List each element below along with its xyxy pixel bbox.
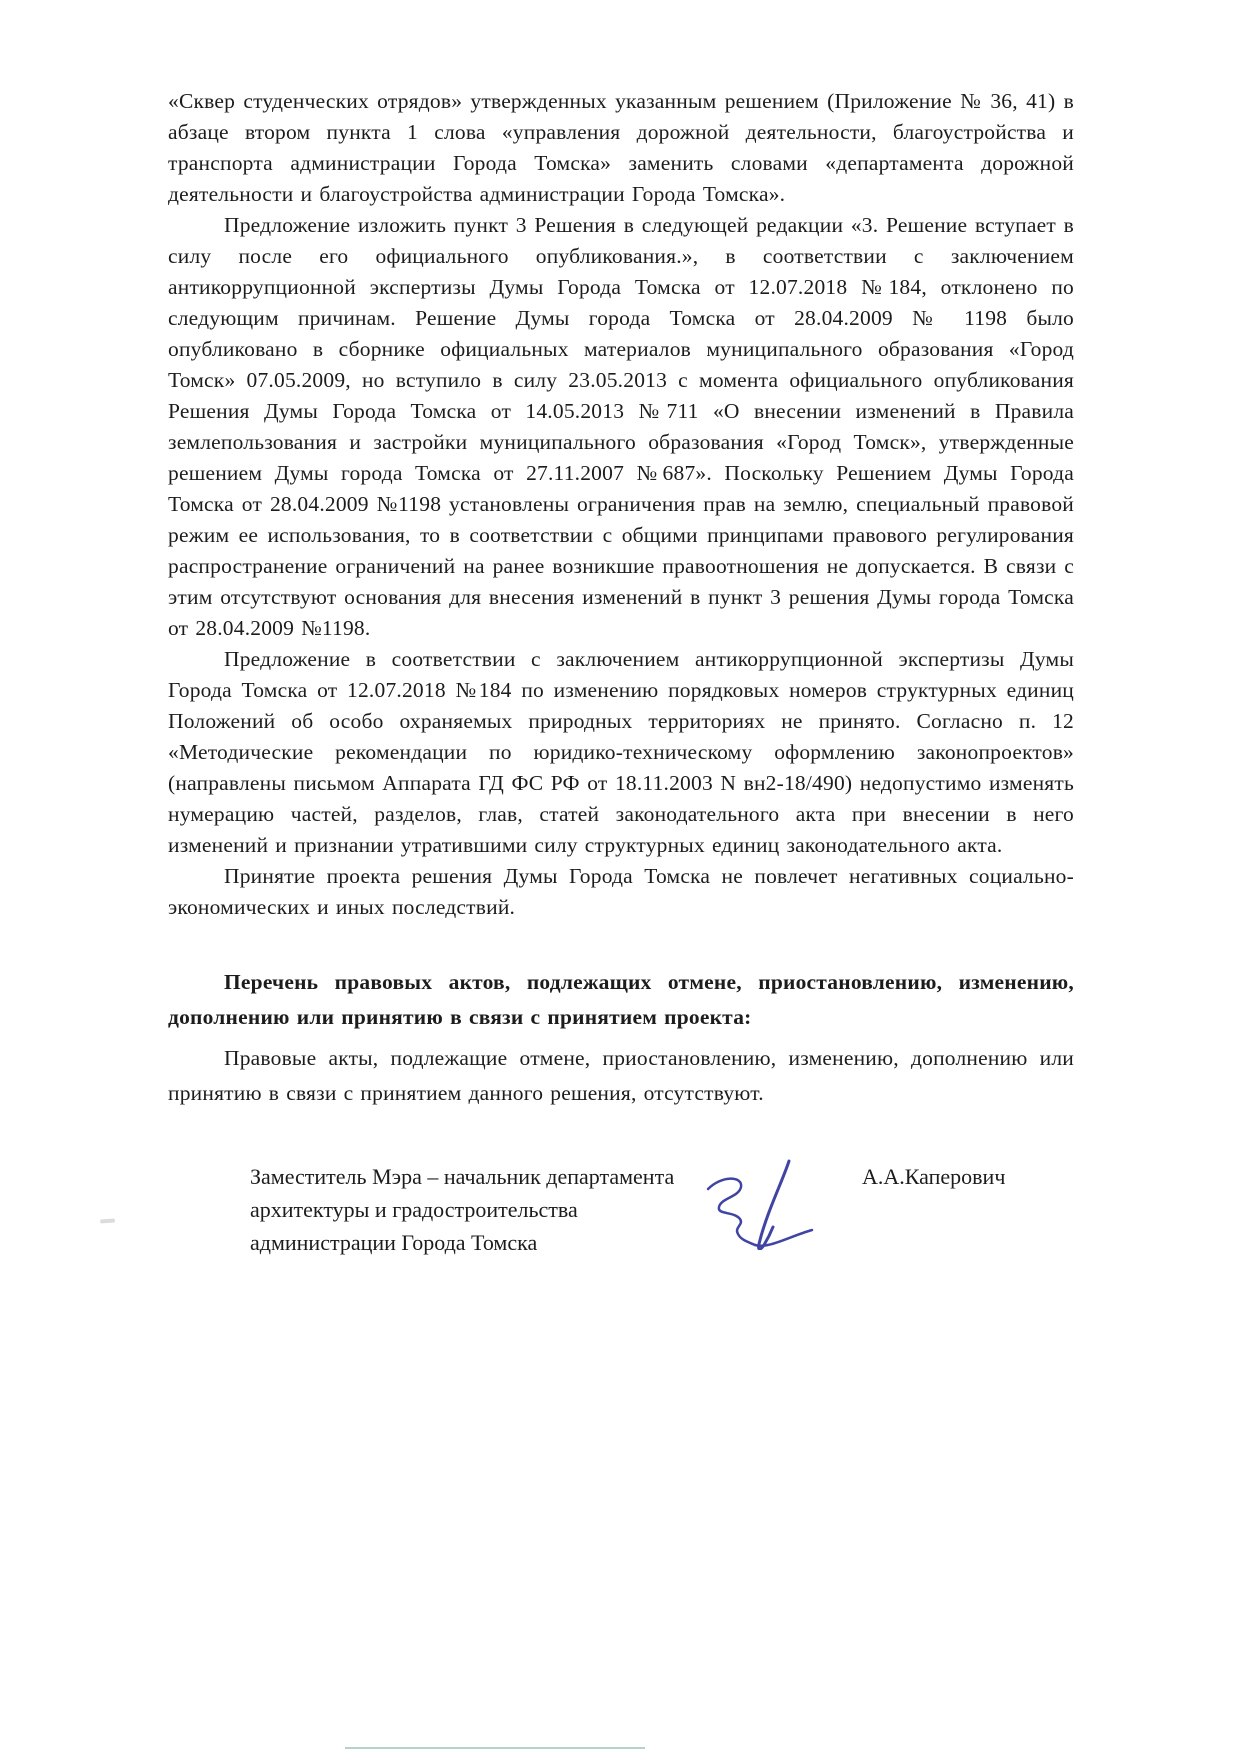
paragraph: «Сквер студенческих отрядов» утвержденны… xyxy=(168,86,1074,210)
signatory-title-line: архитектуры и градостроительства xyxy=(250,1193,730,1226)
closing-paragraph: Правовые акты, подлежащие отмене, приост… xyxy=(168,1041,1074,1111)
scan-edge-artifact xyxy=(345,1747,645,1749)
paragraph: Принятие проекта решения Думы Города Том… xyxy=(168,861,1074,923)
signatory-title-line: Заместитель Мэра – начальник департамент… xyxy=(250,1160,730,1193)
signatory-name: А.А.Каперович xyxy=(862,1164,1005,1190)
document-body-text: «Сквер студенческих отрядов» утвержденны… xyxy=(168,86,1074,1111)
paragraph: Предложение изложить пункт 3 Решения в с… xyxy=(168,210,1074,644)
paragraph: Предложение в соответствии с заключением… xyxy=(168,644,1074,861)
section-heading: Перечень правовых актов, подлежащих отме… xyxy=(168,965,1074,1035)
scan-smudge-artifact xyxy=(100,1218,115,1223)
document-page: «Сквер студенческих отрядов» утвержденны… xyxy=(0,0,1240,1753)
signature-block: Заместитель Мэра – начальник департамент… xyxy=(250,1160,730,1259)
signatory-title-line: администрации Города Томска xyxy=(250,1226,730,1259)
handwritten-signature-icon xyxy=(686,1158,818,1250)
